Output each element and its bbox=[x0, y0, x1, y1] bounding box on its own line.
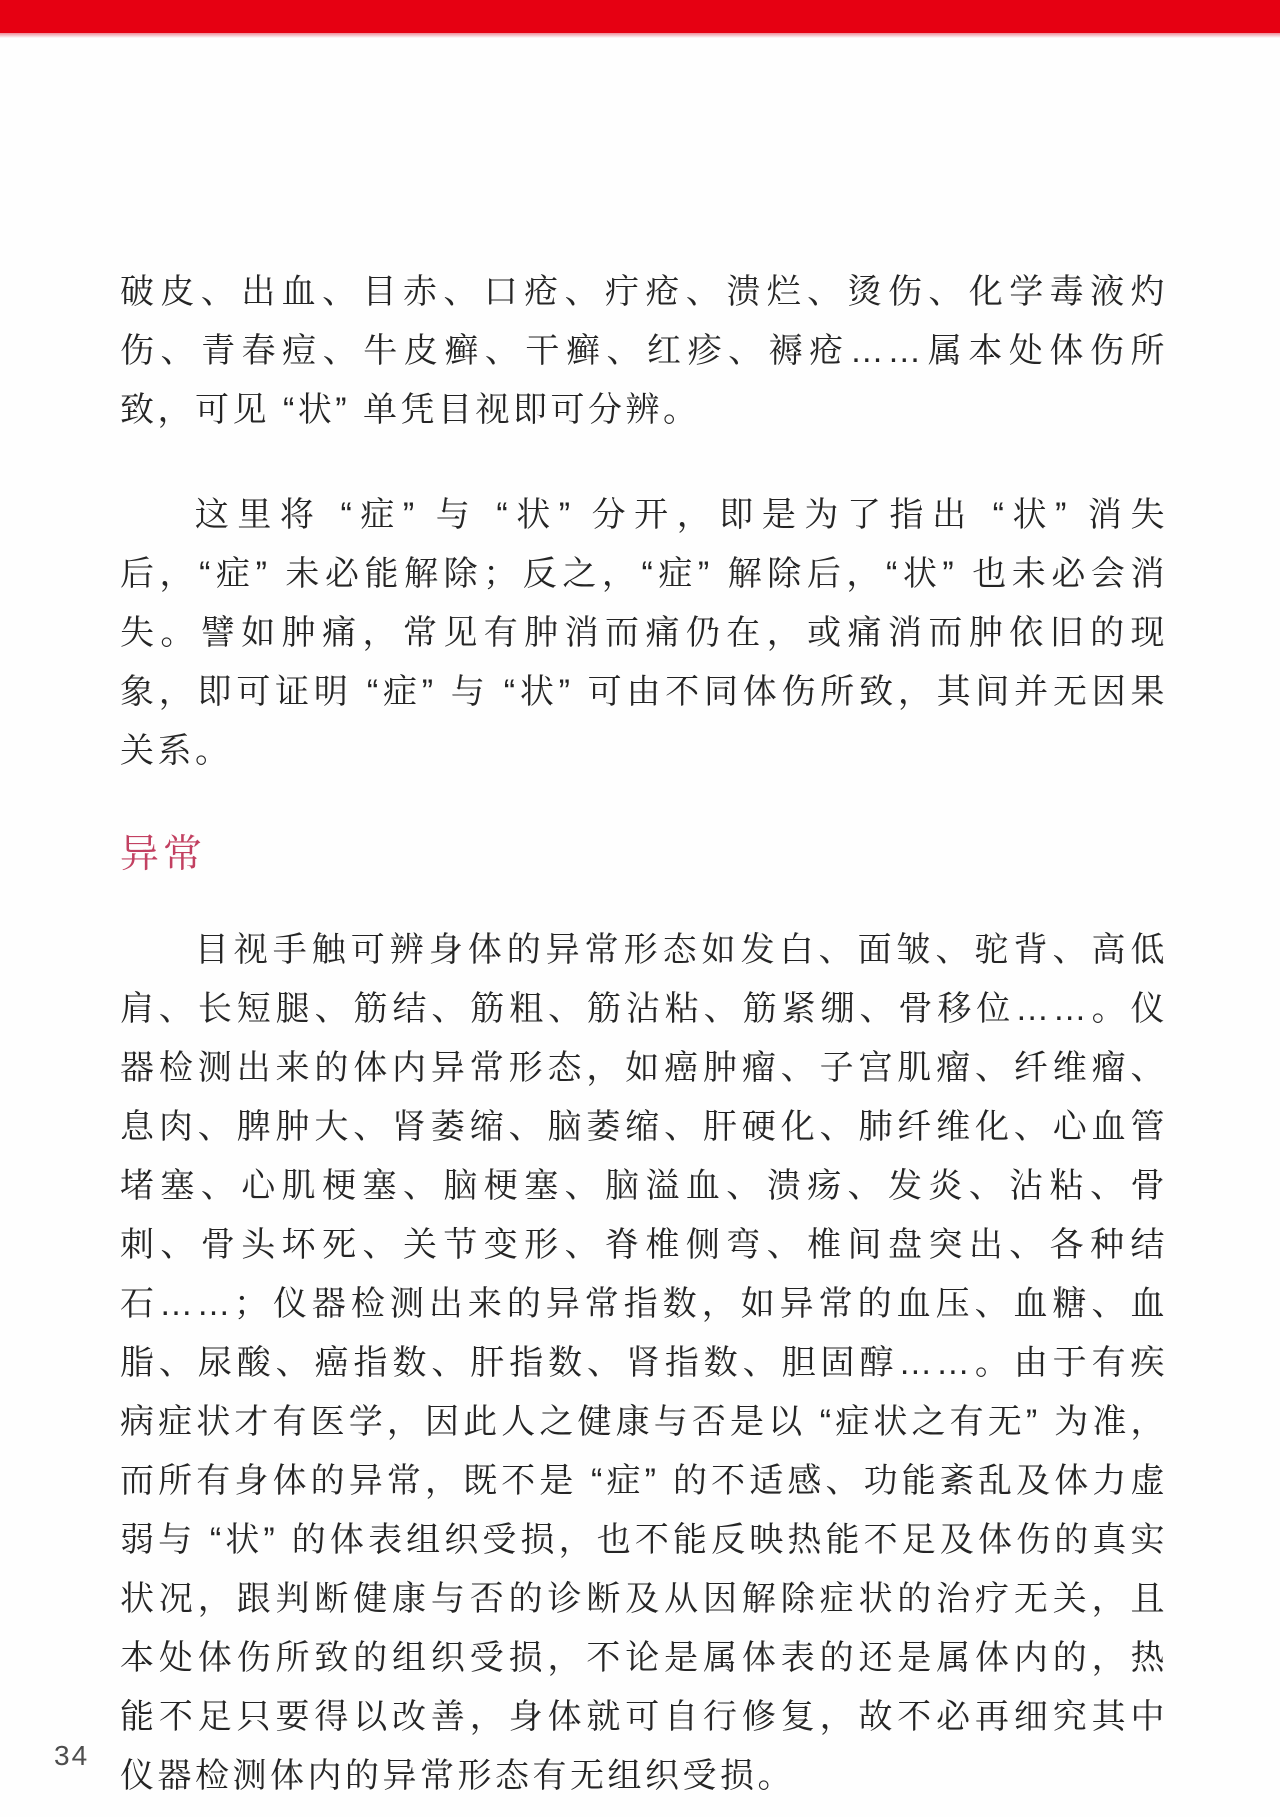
section-heading-abnormal: 异常 bbox=[120, 831, 1168, 879]
top-red-bar bbox=[0, 0, 1280, 33]
paragraph-zheng-vs-zhuang: 这里将 “症” 与 “状” 分开，即是为了指出 “状” 消失后，“症” 未必能解… bbox=[120, 486, 1168, 781]
page-content: 破皮、出血、目赤、口疮、疔疮、溃烂、烫伤、化学毒液灼伤、青春痘、牛皮癣、干癣、红… bbox=[0, 33, 1280, 1806]
page-number: 34 bbox=[54, 1740, 89, 1772]
paragraph-body-injuries: 破皮、出血、目赤、口疮、疔疮、溃烂、烫伤、化学毒液灼伤、青春痘、牛皮癣、干癣、红… bbox=[120, 263, 1168, 440]
book-page: 破皮、出血、目赤、口疮、疔疮、溃烂、烫伤、化学毒液灼伤、青春痘、牛皮癣、干癣、红… bbox=[0, 0, 1280, 1817]
paragraph-abnormal-forms: 目视手触可辨身体的异常形态如发白、面皱、驼背、高低肩、长短腿、筋结、筋粗、筋沾粘… bbox=[120, 921, 1168, 1806]
